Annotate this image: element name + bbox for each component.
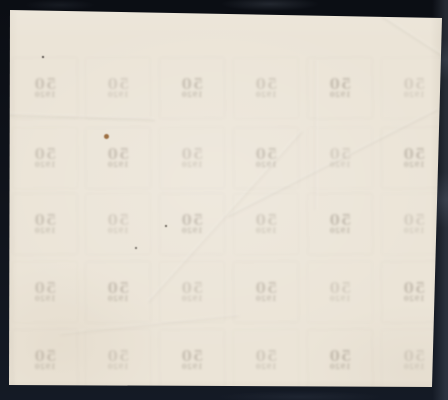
dark-speck [165, 225, 167, 227]
stamp-sheet-back: 5019205019205019205019205019205019205019… [0, 0, 448, 400]
paper-spots-layer [0, 0, 448, 400]
dark-speck [42, 56, 44, 58]
dark-speck [135, 247, 137, 249]
photo-scene: 5019205019205019205019205019205019205019… [0, 0, 448, 400]
foxing-spot [104, 134, 109, 139]
